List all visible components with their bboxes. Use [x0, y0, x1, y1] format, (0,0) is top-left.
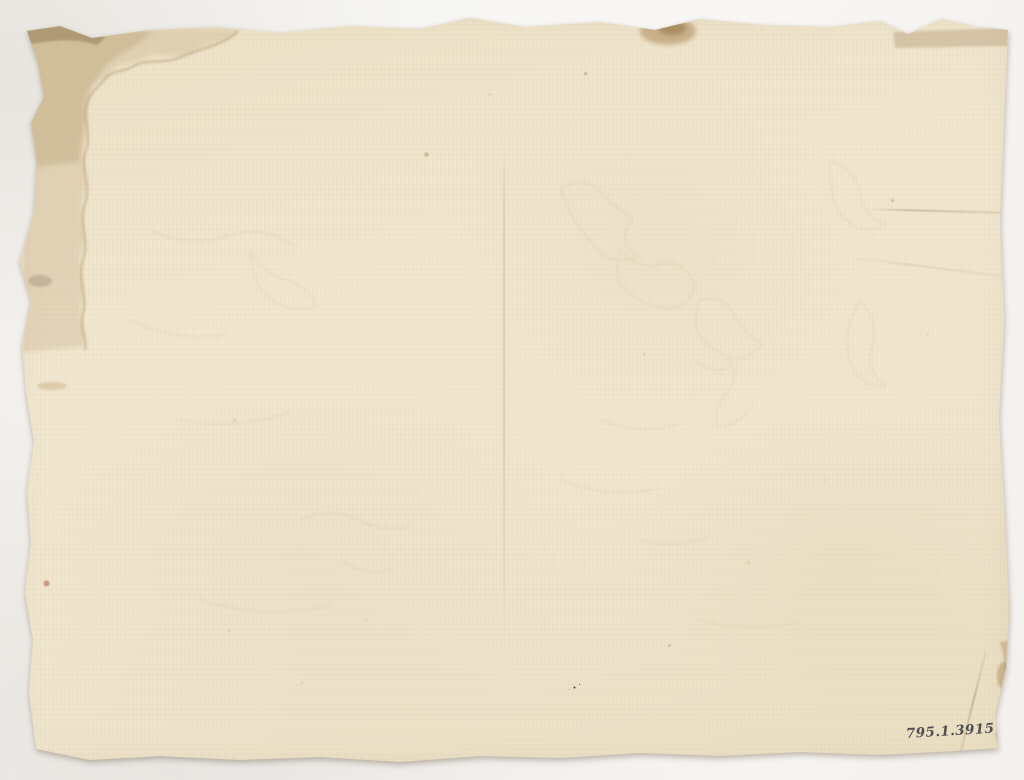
bottom-right-corner-fold [995, 640, 1013, 757]
ink-specks [0, 0, 3, 3]
water-stain-tideline [81, 31, 238, 350]
foxing-spots [0, 0, 5, 5]
top-right-edge-fold [893, 28, 1010, 48]
paper-shadow: 795.1.3915 [0, 0, 1024, 780]
top-edge-stain [640, 17, 696, 45]
paper-sheet: 795.1.3915 [0, 0, 1024, 780]
water-stain-top-left [22, 26, 238, 352]
stain-and-sketch-overlay [0, 0, 1024, 780]
show-through-sketch [130, 160, 886, 628]
